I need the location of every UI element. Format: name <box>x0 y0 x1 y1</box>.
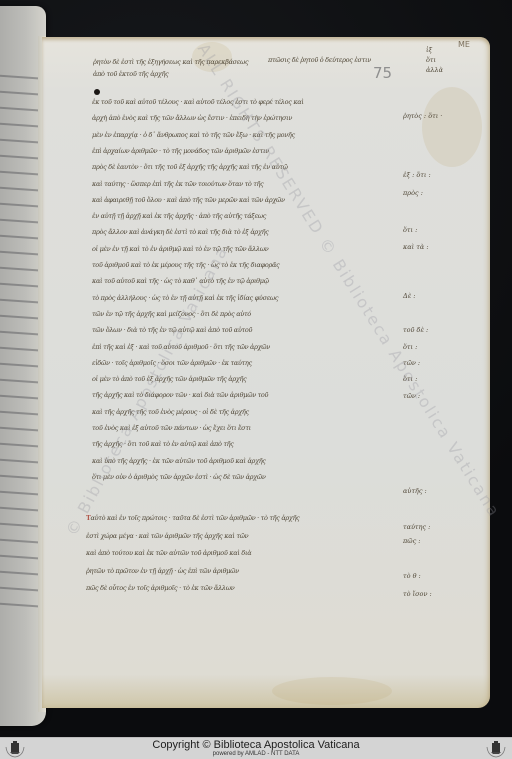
manuscript-line: οἱ μὲν τὸ ἀπὸ τοῦ ἐξ ἀρχῆς τῶν ἀριθμῶν τ… <box>92 375 384 383</box>
manuscript-line: εἰδῶν · τοῖς ἀριθμοῖς · ὅσοι τῶν ἀριθμῶν… <box>92 359 384 367</box>
manuscript-line: καὶ τῆς ἀρχῆς τῆς τοῦ ἑνὸς μέρους · οἱ δ… <box>92 408 384 416</box>
header-line: ἀπὸ τοῦ ἐκτοῦ τῆς ἀρχῆς <box>93 70 203 78</box>
left-page-text-line <box>0 251 38 256</box>
left-page-text-line <box>0 91 38 96</box>
margin-note: τῶν : <box>403 392 420 400</box>
image-viewer[interactable]: ΜΕ 75 ῥητὸν δὲ ἐστὶ τῆς ἐξηγήσεως καὶ τῆ… <box>0 0 512 737</box>
manuscript-line: τοῦ ἀριθμοῦ καὶ τὸ ἐκ μέρους τῆς τῆς · ὡ… <box>92 261 384 269</box>
manuscript-line: οἱ μὲν ἐν τῇ καὶ τὸ ἐν ἀριθμῷ καὶ τὸ ἐν … <box>92 245 384 253</box>
left-page-text-line <box>0 219 38 224</box>
manuscript-line: Ταὐτὸ καὶ ἐν τοῖς πρώτοις · ταῦτα δὲ ἐστ… <box>86 514 386 522</box>
margin-note: Δὲ : <box>403 292 415 300</box>
margin-note: ὅτι : <box>403 343 417 351</box>
left-page-text-line <box>0 459 38 464</box>
margin-note: καὶ τὰ : <box>403 243 429 251</box>
margin-note: τὸ ἴσον : <box>403 590 432 598</box>
header-line: πτῶσις δὲ ῥητοῦ ὁ δεύτερος ἐστιν <box>268 56 408 64</box>
vatican-seal-icon <box>485 739 507 759</box>
left-page-text-line <box>0 75 38 80</box>
left-page-text-line <box>0 539 38 544</box>
left-page-text-line <box>0 555 38 560</box>
left-page-text-line <box>0 603 38 608</box>
left-page-text-line <box>0 395 38 400</box>
manuscript-line: καὶ ἀφαιρεθῇ τοῦ ὅλου · καὶ ἀπὸ τῆς τῶν … <box>92 196 384 204</box>
manuscript-line: ῥητῶν τὸ πρῶτον ἐν τῇ ἀρχῇ · ὡς ἐπὶ τῶν … <box>86 567 386 575</box>
manuscript-line: τῶν ἐν τῷ τῆς ἀρχῆς καὶ μείζονος · ὅτι δ… <box>92 310 384 318</box>
manuscript-line: καὶ τοῦ αὐτοῦ καὶ τῆς · ὡς τὸ καθ᾽ αὑτὸ … <box>92 277 384 285</box>
left-page-text-line <box>0 427 38 432</box>
manuscript-line: τῶν ὅλων · διὰ τὸ τῆς ἐν τῷ αὐτῷ καὶ ἀπὸ… <box>92 326 384 334</box>
left-page-text-line <box>0 299 38 304</box>
manuscript-line: ἐστὶ χώρα μέγα · καὶ τῶν ἀριθμῶν τῆς ἀρχ… <box>86 532 386 540</box>
manuscript-line: ἐκ τοῦ τοῦ καὶ αὐτοῦ τέλους · καὶ αὐτοῦ … <box>92 98 384 106</box>
manuscript-line: καὶ ὑπὸ τῆς ἀρχῆς · ἐκ τῶν αὐτῶν τοῦ ἀρι… <box>92 457 384 465</box>
manuscript-line: ἐπὶ τῆς καὶ ἐξ · καὶ τοῦ αὐτοῦ ἀριθμοῦ ·… <box>92 343 384 351</box>
left-page-text-line <box>0 491 38 496</box>
margin-note: ὅτι : <box>403 226 417 234</box>
left-page-text-line <box>0 203 38 208</box>
manuscript-line: ὅτι μὲν οὐν ὁ ἀριθμὸς τῶν ἀρχῶν ἐστὶ · ὡ… <box>92 473 384 481</box>
margin-note: τῶν : <box>403 359 420 367</box>
manuscript-line: ἐπὶ ἀρχαίων ἀριθμῶν · τὸ τῆς μονάδος τῶν… <box>92 147 384 155</box>
margin-note: ἰξ <box>426 46 432 54</box>
manuscript-line: πρὸς ἄλλον καὶ ἀνάγκη δὲ ἐστὶ τὸ καὶ τῆς… <box>92 228 384 236</box>
page-stain <box>192 42 232 72</box>
left-page-text-line <box>0 571 38 576</box>
copyright-text: Copyright © Biblioteca Apostolica Vatica… <box>0 739 512 751</box>
copyright-footer: Copyright © Biblioteca Apostolica Vatica… <box>0 737 512 759</box>
margin-note: ἐξ : ὅτι : <box>403 171 431 179</box>
margin-note: αὐτῆς : <box>403 487 427 495</box>
margin-note: ῥητὸς : ὅτι · <box>403 112 442 120</box>
left-page-text-line <box>0 171 38 176</box>
margin-note: τοῦ δὲ : <box>403 326 428 334</box>
left-page-text-line <box>0 107 38 112</box>
margin-note: ταύτης : <box>403 523 430 531</box>
left-page-text-line <box>0 363 38 368</box>
left-page-text-line <box>0 347 38 352</box>
page-stain <box>422 87 482 167</box>
left-page-text-line <box>0 267 38 272</box>
manuscript-line: ἀρχὴ ἀπὸ ἑνὸς καὶ τῆς τῶν ἄλλων ὡς ἔστιν… <box>92 114 384 122</box>
powered-by-text: powered by AMLAD - NTT DATA <box>0 751 512 757</box>
margin-note: ὅτι <box>426 56 436 64</box>
ink-dot <box>94 89 100 95</box>
manuscript-line: πρὸς δὲ ἑαυτὸν · ὅτι τῆς τοῦ ἐξ ἀρχῆς τῆ… <box>92 163 384 171</box>
left-page-text-line <box>0 187 38 192</box>
manuscript-line: τῆς ἀρχῆς · ὅτι τοῦ καὶ τὸ ἐν αὐτῷ καὶ ἀ… <box>92 440 384 448</box>
manuscript-line: ἐν αὐτῇ τῇ ἀρχῇ καὶ ἐκ τῆς ἀρχῆς · ἀπὸ τ… <box>92 212 384 220</box>
left-page-text-line <box>0 315 38 320</box>
corner-mark: ΜΕ <box>458 40 470 49</box>
left-page-text-line <box>0 379 38 384</box>
left-page-text-line <box>0 331 38 336</box>
left-page-text-line <box>0 587 38 592</box>
left-page-text-line <box>0 507 38 512</box>
header-line: ῥητὸν δὲ ἐστὶ τῆς ἐξηγήσεως καὶ τῆς παρε… <box>93 58 258 66</box>
margin-note: πῶς : <box>403 537 420 545</box>
manuscript-line: τῆς ἀρχῆς καὶ τὸ διάφορον τῶν · καὶ διὰ … <box>92 391 384 399</box>
left-page-text-line <box>0 139 38 144</box>
manuscript-line: καὶ ἀπὸ τούτου καὶ ἐκ τῶν αὐτῶν τοῦ ἀριθ… <box>86 549 386 557</box>
margin-note: τὸ θ : <box>403 572 421 580</box>
left-page-text-line <box>0 283 38 288</box>
left-page-text-line <box>0 475 38 480</box>
left-page-text-line <box>0 155 38 160</box>
manuscript-line: τὸ πρὸς ἀλλήλους · ὡς τὸ ἐν τῇ αὐτῇ καὶ … <box>92 294 384 302</box>
left-page-text-line <box>0 411 38 416</box>
left-page-text-line <box>0 443 38 448</box>
margin-note: ὅτι : <box>403 375 417 383</box>
manuscript-line: πῶς δὲ οὗτος ἐν τοῖς ἀριθμοῖς · τὸ ἐκ τῶ… <box>86 584 386 592</box>
left-page-text-line <box>0 123 38 128</box>
folio-number: 75 <box>373 64 392 82</box>
page-stain <box>272 677 392 705</box>
left-page-text-line <box>0 523 38 528</box>
manuscript-line: καὶ ταύτης · ὥσπερ ἐπὶ τῆς ἐκ τῶν τοιούτ… <box>92 180 384 188</box>
left-page-text-line <box>0 235 38 240</box>
manuscript-line: μὲν ἐν ἐπαρχίᾳ · ὁ δ᾽ ἄνθρωπος καὶ τὸ τῆ… <box>92 131 384 139</box>
margin-note: ἀλλὰ <box>426 66 443 74</box>
margin-note: πρὸς : <box>403 189 423 197</box>
manuscript-line: τοῦ ἑνὸς καὶ ἐξ αὐτοῦ τῶν πάντων · ὡς ἔχ… <box>92 424 384 432</box>
